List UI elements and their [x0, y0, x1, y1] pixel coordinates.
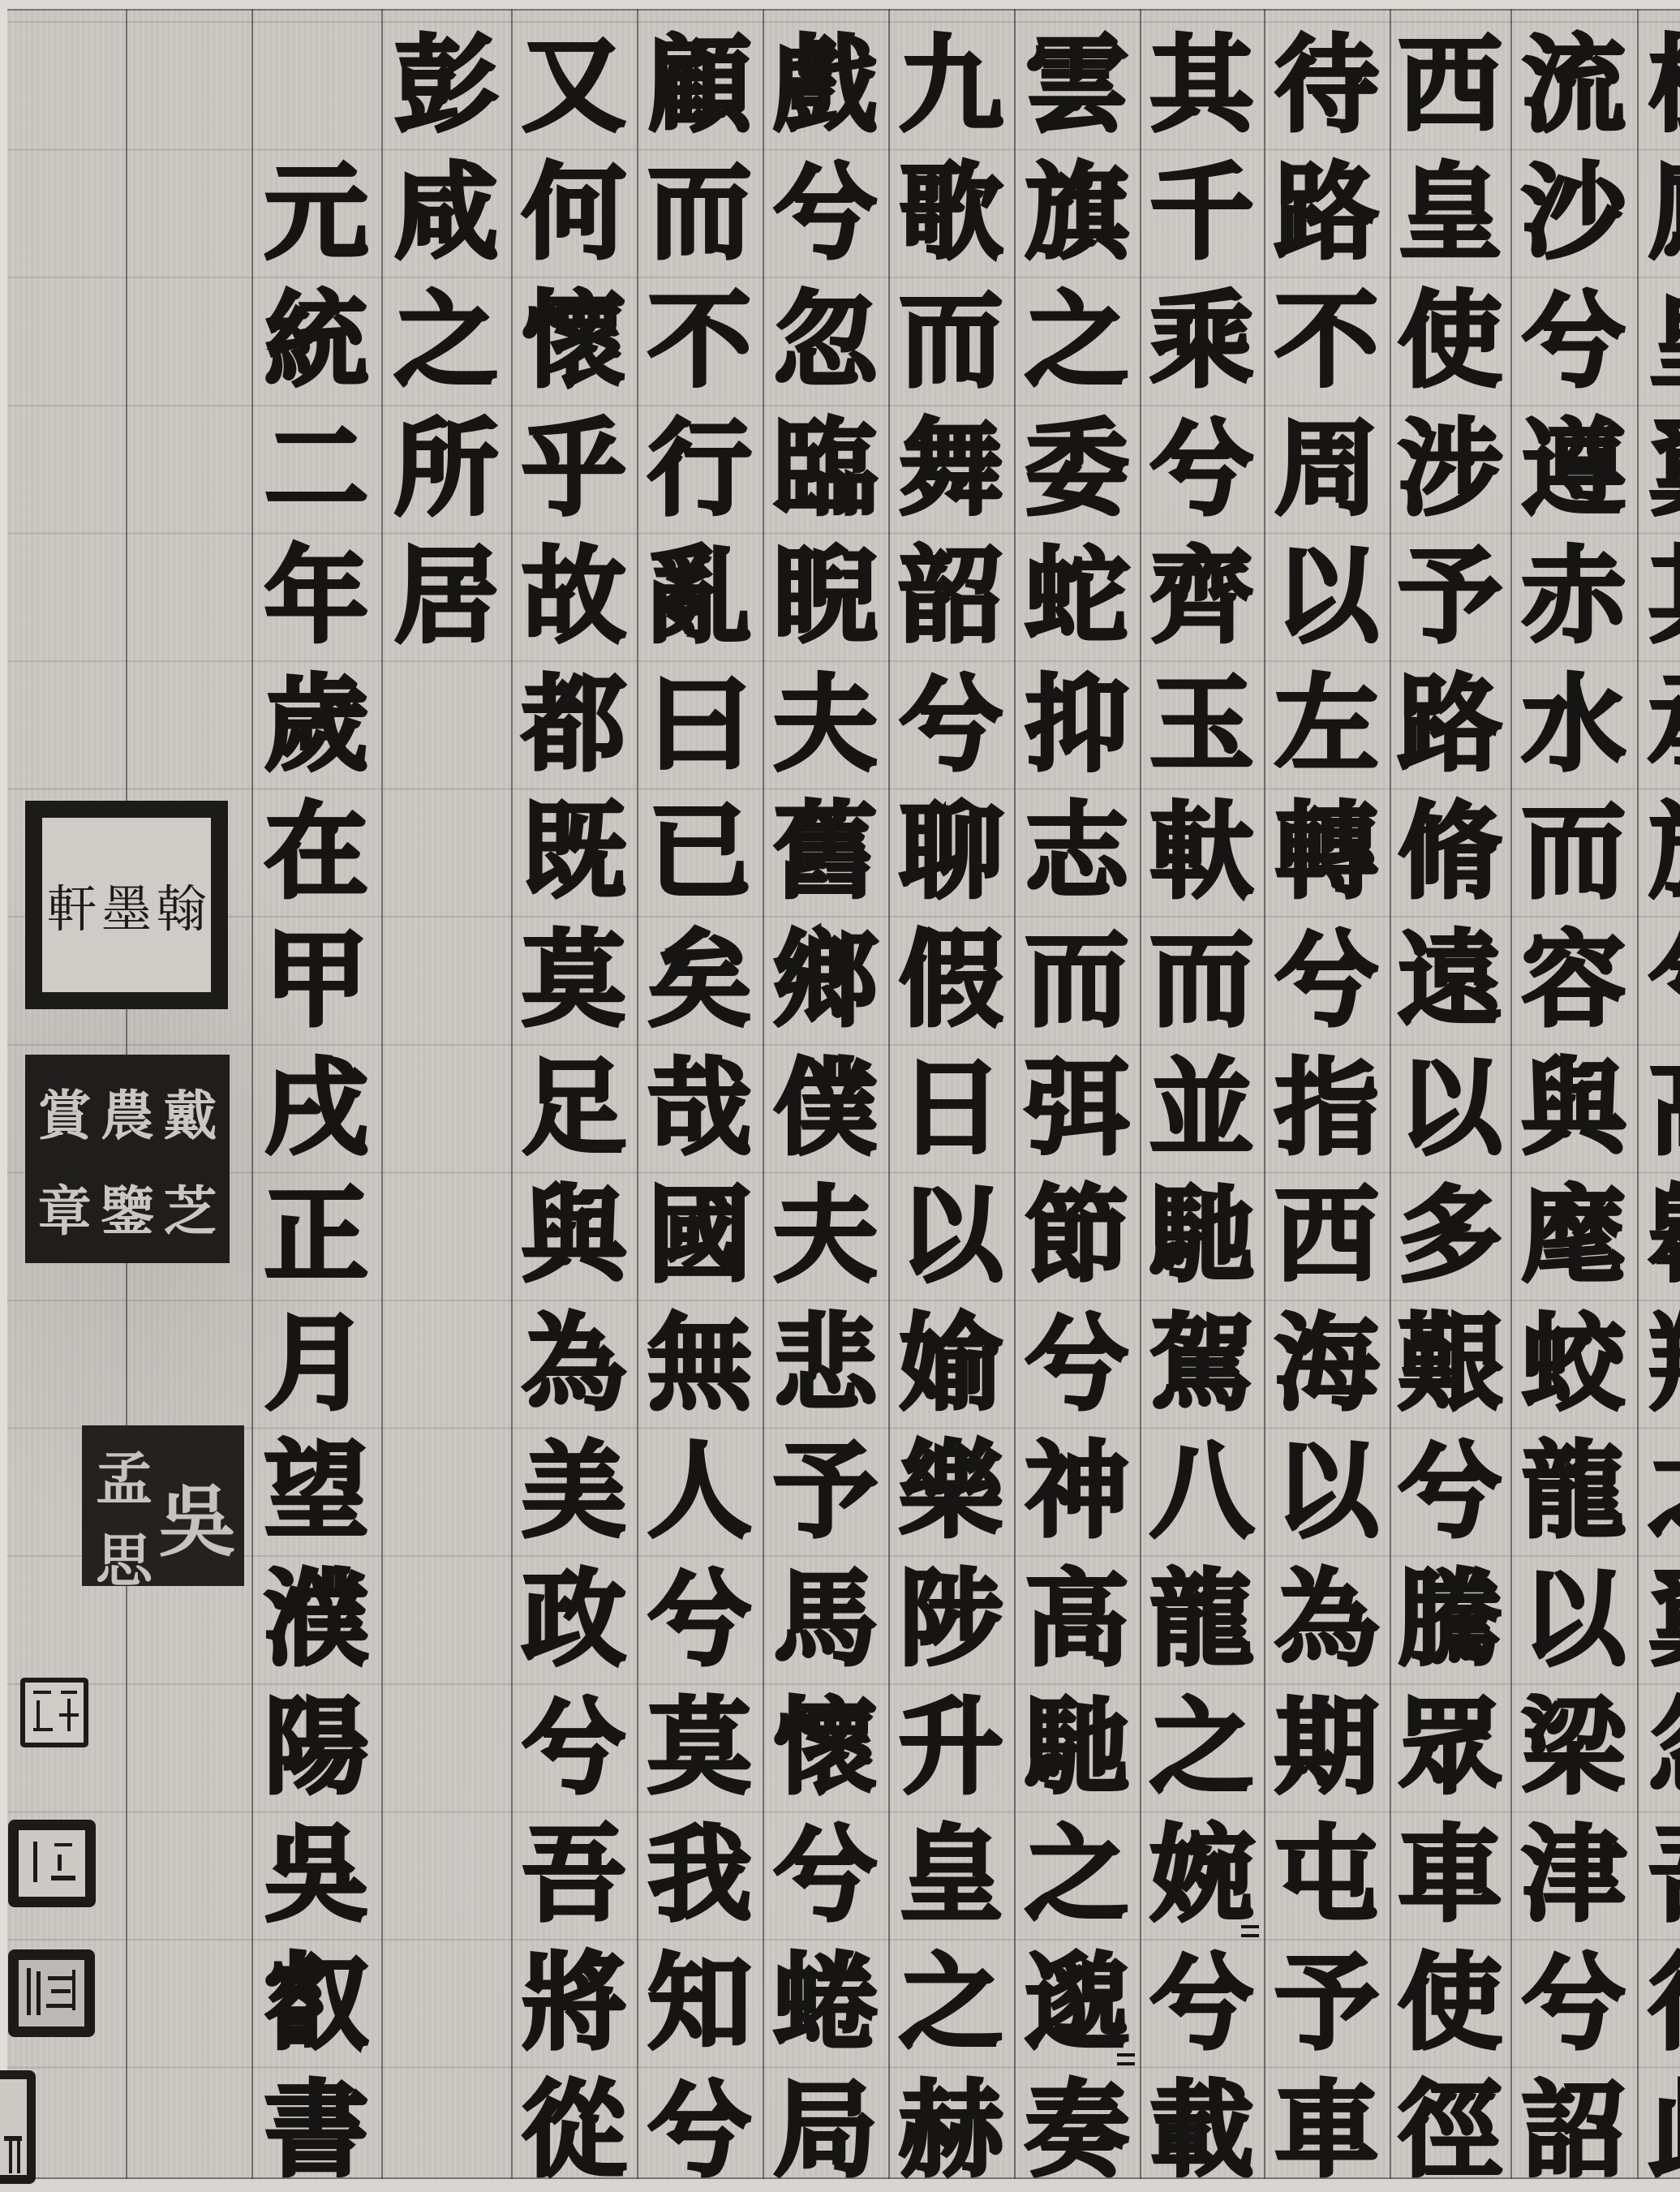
glyph: 莫: [511, 916, 637, 1044]
glyph: 遠: [1390, 916, 1510, 1044]
glyph: 車: [1264, 2067, 1390, 2192]
seal-artist-intaglio: 吳 孟 思: [82, 1425, 244, 1586]
glyph: 容: [1510, 916, 1637, 1044]
glyph: 夫: [763, 660, 888, 789]
glyph-with-repeat: 婉: [1140, 1811, 1264, 1939]
glyph: 皇: [1637, 277, 1680, 405]
seal-glyph: 章: [33, 1159, 96, 1256]
glyph: 其: [1637, 532, 1680, 660]
seal-stroke: [72, 1970, 75, 2010]
glyph: 懷: [511, 277, 637, 405]
glyph: 故: [511, 532, 637, 660]
glyph: 指: [1264, 1044, 1390, 1172]
glyph: 左: [1264, 660, 1390, 789]
paper-edge-top: [0, 0, 1680, 9]
seal-stroke: [27, 1968, 31, 2015]
glyph-text: 婉: [1149, 1823, 1253, 1927]
glyph: 雲: [1014, 21, 1140, 149]
glyph: 兮: [1637, 916, 1680, 1044]
glyph: 戌: [251, 1044, 381, 1172]
glyph: 使: [1390, 277, 1510, 405]
glyph: 乎: [511, 405, 637, 533]
text-column-partial: 極 鳳 皇 翼 其 承 旂 兮 高 翱 翔 之 翼 忽 吾 行 此: [1637, 21, 1680, 2192]
glyph: 兮: [763, 1811, 888, 1939]
glyph: 車: [1390, 1811, 1510, 1939]
glyph: 從: [511, 2067, 637, 2192]
glyph: 彭: [381, 21, 511, 149]
glyph: 之: [1014, 1811, 1140, 1939]
glyph: 節: [1014, 1171, 1140, 1300]
glyph: 鄉: [763, 916, 888, 1044]
glyph: 吳: [251, 1811, 381, 1939]
glyph: 遵: [1510, 405, 1637, 533]
glyph: 蜷: [763, 1939, 888, 2067]
glyph: 與: [1510, 1044, 1637, 1172]
glyph: 麾: [1510, 1171, 1637, 1300]
glyph: 媮: [888, 1300, 1014, 1428]
seal-stroke: [61, 1691, 77, 1694]
glyph: 馬: [763, 1555, 888, 1683]
glyph: 亂: [637, 532, 763, 660]
seal-glyph: 翰: [156, 869, 206, 941]
glyph: 承: [1637, 660, 1680, 789]
glyph: 舞: [888, 405, 1014, 533]
glyph: 以: [1390, 1044, 1510, 1172]
glyph: 咸: [381, 149, 511, 277]
glyph: 以: [888, 1171, 1014, 1300]
seal-small-framed: [20, 1678, 88, 1747]
glyph: 龍: [1510, 1428, 1637, 1556]
text-column-final: 彭 咸 之 所 居: [381, 21, 511, 660]
glyph: 旂: [1637, 789, 1680, 917]
seal-glyph: 戴: [159, 1063, 221, 1159]
glyph: 載: [1140, 2067, 1264, 2192]
glyph: 極: [1637, 21, 1680, 149]
glyph: 居: [381, 532, 511, 660]
glyph: 眾: [1390, 1683, 1510, 1812]
seal-glyph: 芝: [159, 1159, 221, 1256]
glyph: 水: [1510, 660, 1637, 789]
seal-stroke: [58, 1855, 62, 1871]
text-column: 西 皇 使 涉 予 路 脩 遠 以 多 艱 兮 騰 眾 車 使 徑: [1390, 21, 1510, 2192]
glyph: 而: [1014, 916, 1140, 1044]
glyph: 悲: [763, 1300, 888, 1428]
seal-stroke: [51, 1876, 75, 1880]
glyph: 皇: [888, 1811, 1014, 1939]
glyph: 局: [763, 2067, 888, 2192]
glyph: 軑: [1140, 789, 1264, 917]
text-column: 戲 兮 忽 臨 睨 夫 舊 鄉 僕 夫 悲 予 馬 懷 兮 蜷 局: [763, 21, 888, 2192]
glyph: 神: [1014, 1428, 1140, 1556]
glyph: 將: [511, 1939, 637, 2067]
glyph: 旗: [1014, 149, 1140, 277]
glyph: 矣: [637, 916, 763, 1044]
glyph: 又: [511, 21, 637, 149]
glyph-text: 邈: [1025, 1951, 1128, 2055]
glyph: 政: [511, 1555, 637, 1683]
glyph: 陽: [251, 1683, 381, 1812]
glyph: 兮: [763, 149, 888, 277]
glyph: 升: [888, 1683, 1014, 1812]
text-column: 其 千 乘 兮 齊 玉 軑 而 並 馳 駕 八 龍 之 婉 兮 載: [1140, 21, 1264, 2192]
glyph: 多: [1390, 1171, 1510, 1300]
glyph: 為: [511, 1300, 637, 1428]
glyph: 予: [1264, 1939, 1390, 2067]
top-rule: [7, 9, 1680, 11]
glyph: 吾: [511, 1811, 637, 1939]
seal-stroke: [48, 1976, 72, 1980]
glyph: 國: [637, 1171, 763, 1300]
glyph: 兮: [888, 660, 1014, 789]
seal-legend: 翰 墨 軒: [42, 818, 211, 992]
paper-edge-left: [0, 0, 7, 2192]
glyph: 並: [1140, 1044, 1264, 1172]
seal-stroke: [33, 1842, 37, 1882]
glyph: 行: [1637, 1939, 1680, 2067]
glyph: 流: [1510, 21, 1637, 149]
text-column: 顧 而 不 行 亂 曰 已 矣 哉 國 無 人 兮 莫 我 知 兮: [637, 21, 763, 2192]
text-column: 又 何 懷 乎 故 都 既 莫 足 與 為 美 政 兮 吾 將 從: [511, 21, 637, 2192]
glyph: 統: [251, 277, 381, 405]
glyph: 西: [1390, 21, 1510, 149]
glyph: 詔: [1510, 2067, 1637, 2192]
glyph: 歌: [888, 149, 1014, 277]
glyph: 涉: [1390, 405, 1510, 533]
glyph: 委: [1014, 405, 1140, 533]
text-column: 待 路 不 周 以 左 轉 兮 指 西 海 以 為 期 屯 予 車: [1264, 21, 1390, 2192]
glyph: 之: [1014, 277, 1140, 405]
seal-small-framed: [8, 1820, 96, 1907]
glyph: 日: [888, 1044, 1014, 1172]
glyph: 甲: [251, 916, 381, 1044]
glyph: 使: [1390, 1939, 1510, 2067]
glyph: 西: [1264, 1171, 1390, 1300]
seal-stroke: [46, 2004, 74, 2008]
seal-stroke: [33, 1728, 53, 1731]
glyph: 而: [888, 277, 1014, 405]
seal-glyph: 吳: [158, 1433, 236, 1597]
seal-partial: [0, 2070, 36, 2184]
glyph: 不: [637, 277, 763, 405]
seal-glyph: 孟: [90, 1433, 158, 1515]
seal-stroke: [17, 2141, 20, 2173]
glyph: 我: [637, 1811, 763, 1939]
seal-square-framed: 翰 墨 軒: [25, 801, 228, 1009]
glyph: 梁: [1510, 1683, 1637, 1812]
glyph: 以: [1264, 1428, 1390, 1556]
glyph: 年: [251, 532, 381, 660]
glyph: 艱: [1390, 1300, 1510, 1428]
glyph: 馳: [1014, 1683, 1140, 1812]
glyph: 臨: [763, 405, 888, 533]
glyph: 兮: [1510, 1939, 1637, 2067]
seal-stroke: [54, 1843, 72, 1846]
text-column: 流 沙 兮 遵 赤 水 而 容 與 麾 蛟 龍 以 梁 津 兮 詔: [1510, 21, 1637, 2192]
glyph: 元: [251, 149, 381, 277]
glyph: 之: [381, 277, 511, 405]
glyph: 戲: [763, 21, 888, 149]
glyph: 九: [888, 21, 1014, 149]
glyph: 行: [637, 405, 763, 533]
seal-stroke: [9, 2141, 12, 2173]
colophon-column: 元 統 二 年 歲 在 甲 戌 正 月 望 濮 陽 吳 叡 書: [251, 149, 381, 2192]
glyph: 之: [1140, 1683, 1264, 1812]
glyph: 志: [1014, 789, 1140, 917]
glyph: 僕: [763, 1044, 888, 1172]
glyph: 無: [637, 1300, 763, 1428]
glyph: 為: [1264, 1555, 1390, 1683]
glyph: 兮: [1140, 1939, 1264, 2067]
seal-small-framed: [8, 1949, 95, 2037]
glyph: 已: [637, 789, 763, 917]
glyph: 以: [1264, 532, 1390, 660]
glyph: 翼: [1637, 405, 1680, 533]
glyph: 兮: [1510, 277, 1637, 405]
glyph: 足: [511, 1044, 637, 1172]
glyph: 兮: [511, 1683, 637, 1812]
glyph-with-repeat: 邈: [1014, 1939, 1140, 2067]
glyph: 待: [1264, 21, 1390, 149]
seal-stroke: [51, 1989, 71, 1993]
glyph: 沙: [1510, 149, 1637, 277]
glyph: 千: [1140, 149, 1264, 277]
glyph: 而: [637, 149, 763, 277]
glyph: 在: [251, 789, 381, 917]
glyph: 而: [1140, 916, 1264, 1044]
glyph: 之: [888, 1939, 1014, 2067]
glyph: 騰: [1390, 1555, 1510, 1683]
text-column: 雲 旗 之 委 蛇 抑 志 而 弭 節 兮 神 高 馳 之 邈 奏: [1014, 21, 1140, 2192]
glyph: 海: [1264, 1300, 1390, 1428]
glyph: 脩: [1390, 789, 1510, 917]
glyph: 八: [1140, 1428, 1264, 1556]
seal-glyph: 鑒: [96, 1159, 158, 1256]
glyph: 曰: [637, 660, 763, 789]
seal-glyph: 思: [90, 1515, 158, 1597]
seal-stroke: [59, 1713, 79, 1717]
glyph: 樂: [888, 1428, 1014, 1556]
glyph: 皇: [1390, 149, 1510, 277]
glyph: 鳳: [1637, 149, 1680, 277]
glyph: 路: [1390, 660, 1510, 789]
glyph: 夫: [763, 1171, 888, 1300]
glyph: 莫: [637, 1683, 763, 1812]
glyph: 顧: [637, 21, 763, 149]
glyph: 望: [251, 1428, 381, 1556]
seal-stroke: [37, 1700, 40, 1730]
glyph: 抑: [1014, 660, 1140, 789]
glyph: 懷: [763, 1683, 888, 1812]
glyph: 忽: [1637, 1683, 1680, 1812]
glyph: 赫: [888, 2067, 1014, 2192]
glyph: 兮: [1390, 1428, 1510, 1556]
glyph: 人: [637, 1428, 763, 1556]
glyph: 翱: [1637, 1171, 1680, 1300]
seal-glyph: 墨: [101, 869, 152, 941]
glyph: 期: [1264, 1683, 1390, 1812]
glyph: 吾: [1637, 1811, 1680, 1939]
glyph: 蛇: [1014, 532, 1140, 660]
glyph: 睨: [763, 532, 888, 660]
glyph: 轉: [1264, 789, 1390, 917]
glyph: 玉: [1140, 660, 1264, 789]
glyph: 之: [1637, 1428, 1680, 1556]
glyph: 以: [1510, 1555, 1637, 1683]
glyph: 叡: [251, 1939, 381, 2067]
glyph: 路: [1264, 149, 1390, 277]
repetition-mark: [1241, 1925, 1259, 1937]
text-column: 九 歌 而 舞 韶 兮 聊 假 日 以 媮 樂 陟 升 皇 之 赫: [888, 21, 1014, 2192]
glyph: 屯: [1264, 1811, 1390, 1939]
seal-glyph: 農: [96, 1063, 158, 1159]
glyph: 翼: [1637, 1555, 1680, 1683]
glyph: 兮: [637, 2067, 763, 2192]
glyph: 兮: [1140, 405, 1264, 533]
glyph: 徑: [1390, 2067, 1510, 2192]
glyph: 蛟: [1510, 1300, 1637, 1428]
glyph: 馳: [1140, 1171, 1264, 1300]
glyph: 赤: [1510, 532, 1637, 660]
glyph: 何: [511, 149, 637, 277]
glyph: 此: [1637, 2067, 1680, 2192]
seal-stroke: [33, 1691, 51, 1694]
glyph: 假: [888, 916, 1014, 1044]
glyph: 駕: [1140, 1300, 1264, 1428]
glyph: 既: [511, 789, 637, 917]
seal-glyph: 軒: [46, 869, 97, 941]
glyph: 與: [511, 1171, 637, 1300]
glyph: 所: [381, 405, 511, 533]
glyph: 韶: [888, 532, 1014, 660]
glyph: 予: [1390, 532, 1510, 660]
glyph: 周: [1264, 405, 1390, 533]
glyph: 月: [251, 1300, 381, 1428]
glyph: 正: [251, 1171, 381, 1300]
glyph: 書: [251, 2067, 381, 2192]
glyph: 兮: [1264, 916, 1390, 1044]
glyph: 津: [1510, 1811, 1637, 1939]
glyph: 奏: [1014, 2067, 1140, 2192]
glyph: 齊: [1140, 532, 1264, 660]
glyph: 陟: [888, 1555, 1014, 1683]
glyph: 乘: [1140, 277, 1264, 405]
glyph: 歲: [251, 660, 381, 789]
glyph: 美: [511, 1428, 637, 1556]
glyph: 高: [1014, 1555, 1140, 1683]
glyph: 舊: [763, 789, 888, 917]
glyph: 翔: [1637, 1300, 1680, 1428]
glyph: 聊: [888, 789, 1014, 917]
glyph: 予: [763, 1428, 888, 1556]
glyph: 高: [1637, 1044, 1680, 1172]
seal-glyph: 賞: [33, 1063, 96, 1159]
glyph: 不: [1264, 277, 1390, 405]
seal-collector-intaglio: 戴 芝 農 鑒 賞 章: [25, 1055, 230, 1263]
seal-stroke: [37, 1971, 41, 2015]
glyph: 知: [637, 1939, 763, 2067]
glyph: 都: [511, 660, 637, 789]
glyph: 龍: [1140, 1555, 1264, 1683]
glyph: 其: [1140, 21, 1264, 149]
glyph: 兮: [1014, 1300, 1140, 1428]
glyph: 而: [1510, 789, 1637, 917]
glyph: 二: [251, 405, 381, 533]
glyph: 哉: [637, 1044, 763, 1172]
glyph: 忽: [763, 277, 888, 405]
glyph: 弭: [1014, 1044, 1140, 1172]
glyph: 兮: [637, 1555, 763, 1683]
glyph: 濮: [251, 1555, 381, 1683]
repetition-mark: [1117, 2053, 1135, 2065]
